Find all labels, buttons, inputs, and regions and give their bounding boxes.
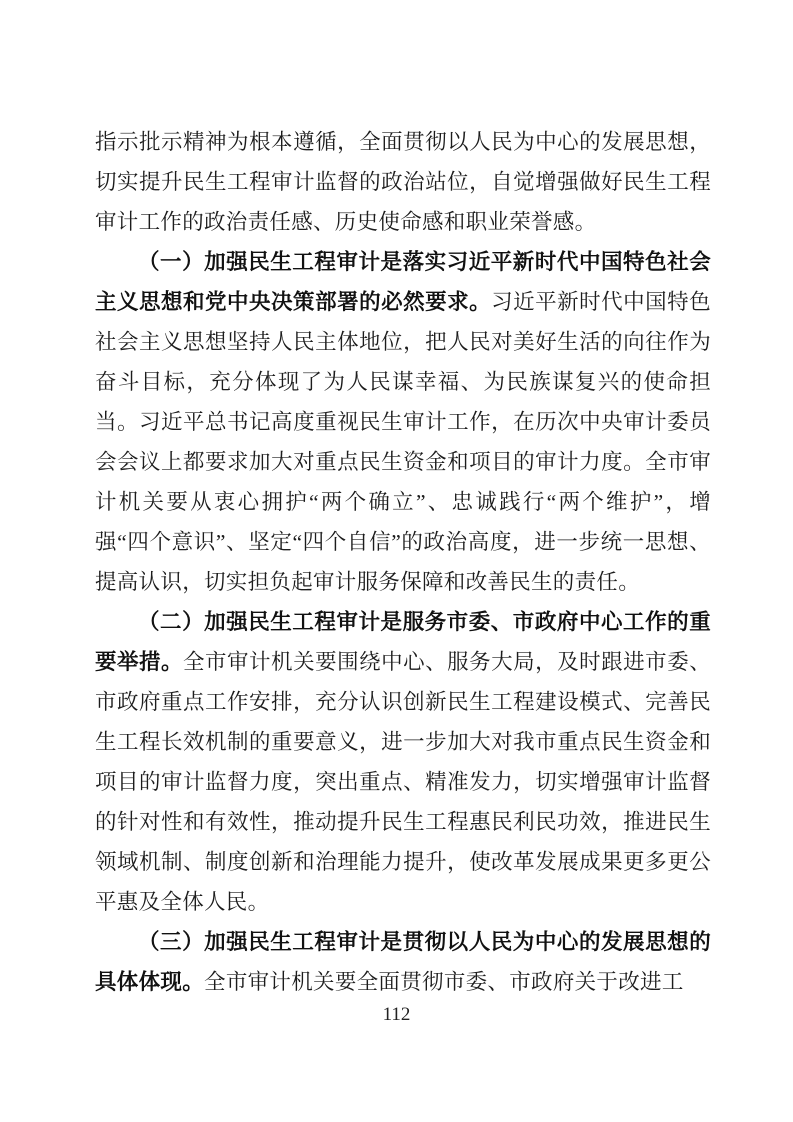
paragraph: （三）加强民生工程审计是贯彻以人民为中心的发展思想的具体体现。全市审计机关要全面… <box>95 922 711 1002</box>
paragraph: （一）加强民生工程审计是落实习近平新时代中国特色社会主义思想和党中央决策部署的必… <box>95 242 711 602</box>
paragraph-text: 全市审计机关要围绕中心、服务大局，及时跟进市委、市政府重点工作安排，充分认识创新… <box>95 650 711 914</box>
paragraph: 指示批示精神为根本遵循，全面贯彻以人民为中心的发展思想，切实提升民生工程审计监督… <box>95 122 711 242</box>
paragraph-text: 指示批示精神为根本遵循，全面贯彻以人民为中心的发展思想，切实提升民生工程审计监督… <box>95 130 711 234</box>
paragraph-text: 全市审计机关要全面贯彻市委、市政府关于改进工 <box>204 970 684 994</box>
paragraph: （二）加强民生工程审计是服务市委、市政府中心工作的重要举措。全市审计机关要围绕中… <box>95 602 711 922</box>
document-page: 指示批示精神为根本遵循，全面贯彻以人民为中心的发展思想，切实提升民生工程审计监督… <box>0 0 793 1122</box>
page-footer: 112 <box>0 1002 793 1028</box>
page-number: 112 <box>383 1004 411 1025</box>
page-body: 指示批示精神为根本遵循，全面贯彻以人民为中心的发展思想，切实提升民生工程审计监督… <box>95 122 711 1002</box>
paragraph-text: 习近平新时代中国特色社会主义思想坚持人民主体地位，把人民对美好生活的向往作为奋斗… <box>95 290 711 594</box>
